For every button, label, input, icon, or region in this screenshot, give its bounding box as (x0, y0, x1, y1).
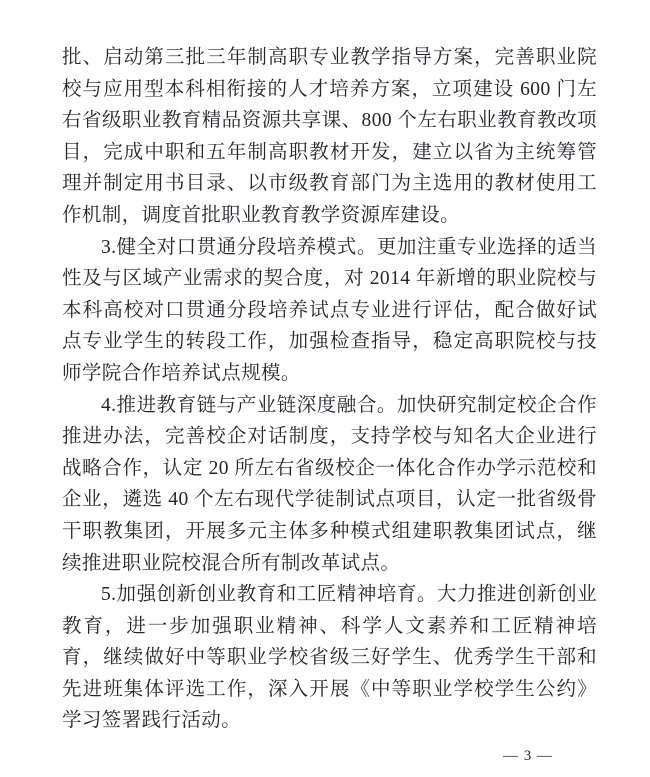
paragraph-3: 4.推进教育链与产业链深度融合。加快研究制定校企合作推进办法，完善校企对话制度，… (62, 390, 597, 580)
paragraph-1: 批、启动第三批三年制高职专业教学指导方案，完善职业院校与应用型本科相衔接的人才培… (62, 42, 597, 232)
document-body: 批、启动第三批三年制高职专业教学指导方案，完善职业院校与应用型本科相衔接的人才培… (62, 42, 597, 737)
paragraph-4: 5.加强创新创业教育和工匠精神培育。大力推进创新创业教育，进一步加强职业精神、科… (62, 579, 597, 737)
paragraph-2: 3.健全对口贯通分段培养模式。更加注重专业选择的适当性及与区域产业需求的契合度，… (62, 232, 597, 390)
page-number: — 3 — (503, 748, 553, 765)
document-page: 批、启动第三批三年制高职专业教学指导方案，完善职业院校与应用型本科相衔接的人才培… (0, 0, 650, 777)
